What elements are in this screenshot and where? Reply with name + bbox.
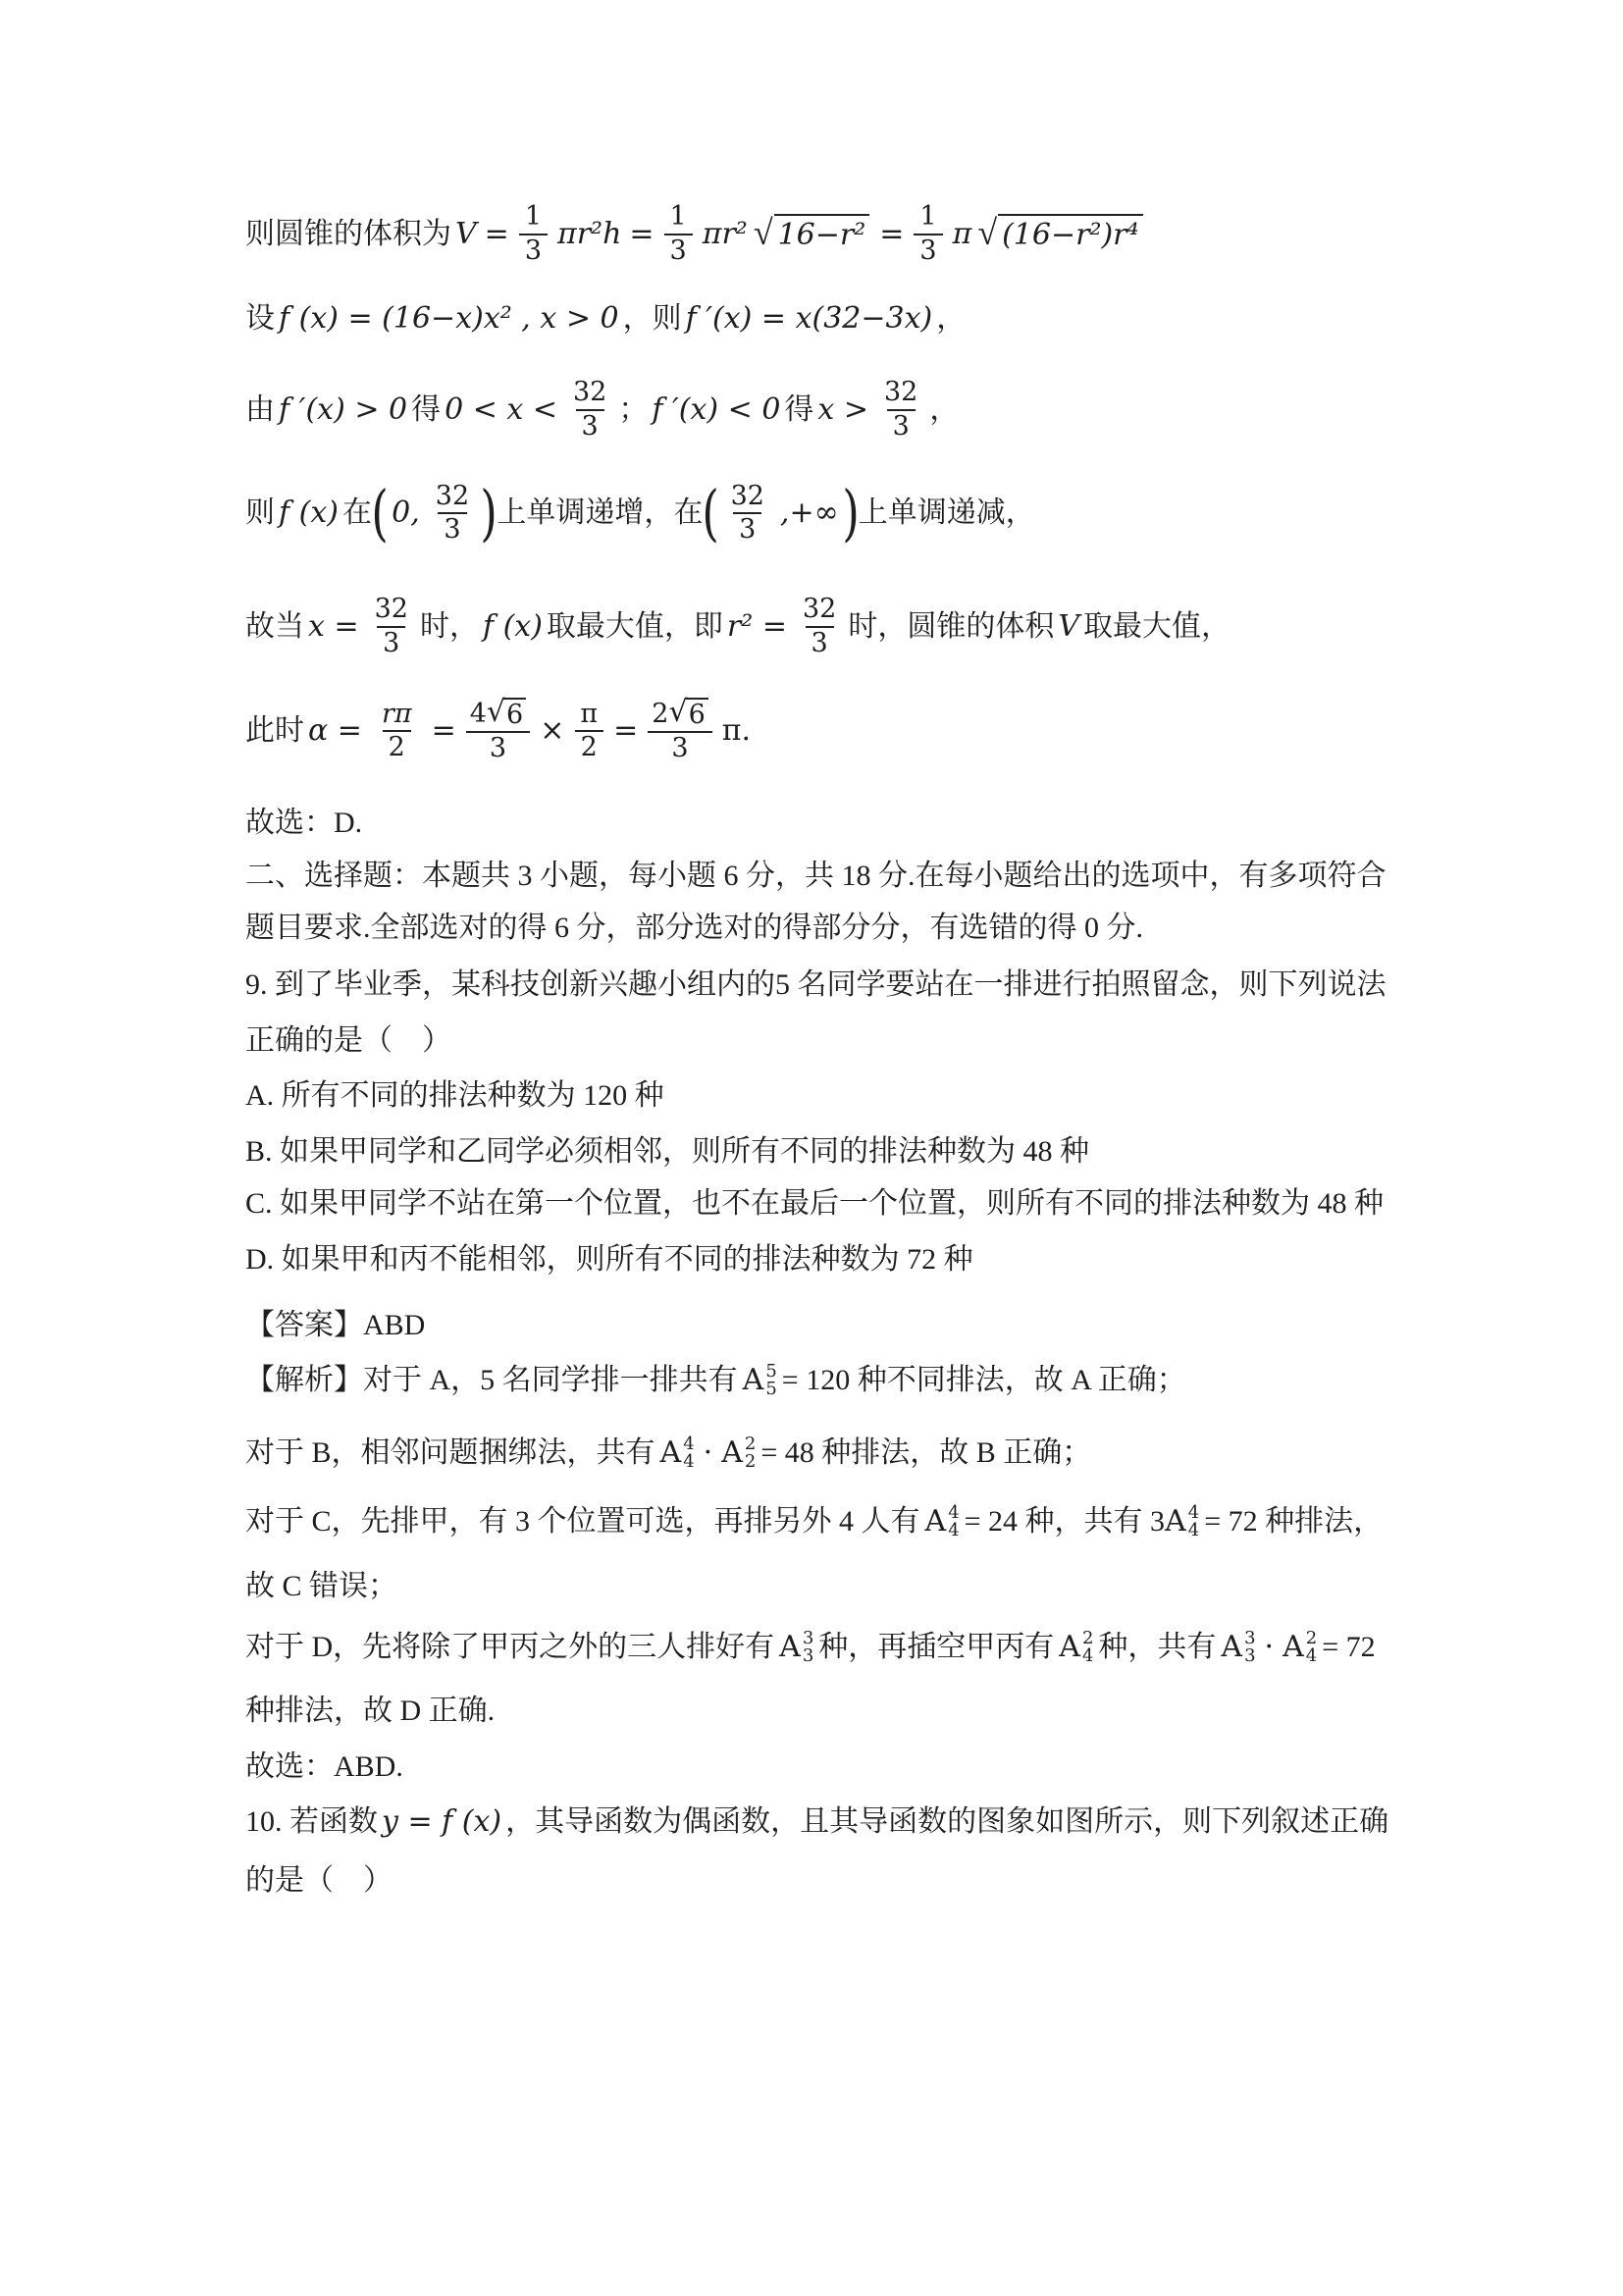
text: 种排法，故 D 正确. bbox=[245, 1693, 495, 1730]
fraction: 323 bbox=[567, 377, 612, 443]
math-expr: x = bbox=[308, 608, 359, 646]
math-var: V bbox=[1058, 608, 1079, 646]
solution-line-volume-formula: 则圆锥的体积为V=13πr²h=13πr²√16−r²=13π√(16−r²)r… bbox=[245, 192, 1149, 276]
fraction: 323 bbox=[878, 377, 923, 443]
text: = 120 种不同排法，故 A 正确； bbox=[782, 1362, 1186, 1399]
text: 对于 C，先排甲，有 3 个位置可选，再排另外 4 人有 bbox=[245, 1503, 920, 1540]
text: 得 bbox=[784, 391, 813, 429]
equals: = bbox=[629, 216, 654, 253]
text: 正确的是（ ） bbox=[245, 1022, 451, 1060]
fraction-with-radical: 4√63 bbox=[466, 698, 531, 765]
question-9-stem-2: 正确的是（ ） bbox=[245, 1020, 451, 1062]
dot-operator: · bbox=[704, 1435, 713, 1472]
right-paren: ) bbox=[842, 486, 859, 541]
sqrt-expression: √(16−r²)r⁴ bbox=[977, 214, 1146, 254]
text: 上单调递减， bbox=[859, 495, 1035, 532]
text: 10. 若函数 bbox=[245, 1803, 378, 1841]
text: = 72 bbox=[1322, 1629, 1375, 1666]
text: C. 如果甲同学不站在第一个位置，也不在最后一个位置，则所有不同的排法种数为 4… bbox=[245, 1185, 1384, 1223]
math-expr: α = bbox=[308, 712, 362, 750]
text: 此时 bbox=[245, 712, 304, 750]
times-sign: × bbox=[540, 712, 564, 750]
answer-choice-line-q9: 故选：ABD. bbox=[245, 1747, 403, 1788]
fraction: 323 bbox=[430, 481, 475, 547]
option-a: A. 所有不同的排法种数为 120 种 bbox=[245, 1075, 664, 1117]
math-expr: x > bbox=[817, 391, 868, 429]
text: 上单调递增，在 bbox=[497, 495, 703, 532]
text: 在 bbox=[342, 495, 372, 532]
option-c: C. 如果甲同学不站在第一个位置，也不在最后一个位置，则所有不同的排法种数为 4… bbox=[245, 1183, 1384, 1225]
right-paren: ) bbox=[481, 486, 497, 541]
question-9-stem: 9. 到了毕业季，某科技创新兴趣小组内的5 名同学要站在一排进行拍照留念，则下列… bbox=[245, 965, 1387, 1006]
text: 取最大值， bbox=[1083, 608, 1230, 646]
analysis-line-b: 对于 B，相邻问题捆绑法，共有A44·A22= 48 种排法，故 B 正确； bbox=[245, 1425, 1091, 1482]
analysis-line-c: 对于 C，先排甲，有 3 个位置可选，再排另外 4 人有A44= 24 种，共有… bbox=[245, 1493, 1383, 1550]
fraction: 323 bbox=[797, 594, 842, 659]
permutation-symbol: A24 bbox=[1283, 1629, 1317, 1666]
text: 种，再插空甲丙有 bbox=[818, 1629, 1054, 1666]
equals: = bbox=[432, 712, 456, 750]
solution-line-derivative-setup: 设f (x) = (16−x)x² , x > 0，则f ′(x) = x(32… bbox=[245, 294, 966, 343]
text: = 24 种，共有 3 bbox=[965, 1503, 1165, 1540]
fraction: 13 bbox=[914, 201, 942, 267]
text: = 72 种排法， bbox=[1204, 1503, 1383, 1540]
solution-line-monotonic-intervals: 则f (x)在(0,323)上单调递增，在(323,+∞)上单调递减， bbox=[245, 469, 1035, 557]
text: 的是（ ） bbox=[245, 1862, 393, 1900]
permutation-symbol: A33 bbox=[779, 1629, 813, 1666]
sqrt-expression: √16−r² bbox=[754, 214, 873, 254]
option-d: D. 如果甲和丙不能相邻，则所有不同的排法种数为 72 种 bbox=[245, 1239, 973, 1280]
permutation-symbol: A55 bbox=[743, 1362, 777, 1399]
math-expr: πr²h bbox=[557, 216, 621, 253]
math-expr: π. bbox=[722, 712, 751, 750]
analysis-line-a: 【解析】对于 A，5 名同学排一排共有A55= 120 种不同排法，故 A 正确… bbox=[245, 1352, 1186, 1409]
fraction-with-radical: 2√63 bbox=[648, 698, 712, 765]
dot-operator: · bbox=[1265, 1629, 1275, 1666]
text: 故 C 错误； bbox=[245, 1568, 397, 1605]
text: 时，圆锥的体积 bbox=[848, 608, 1054, 646]
text: = 48 种排法，故 B 正确； bbox=[760, 1435, 1091, 1472]
analysis-line-d-2: 种排法，故 D 正确. bbox=[245, 1691, 495, 1732]
math-expr: f ′(x) = x(32−3x) bbox=[686, 300, 933, 338]
text: 对于 D，先将除了甲丙之外的三人排好有 bbox=[245, 1629, 774, 1666]
math-expr: f (x) bbox=[483, 608, 543, 646]
permutation-symbol: A44 bbox=[925, 1503, 960, 1540]
equals: = bbox=[879, 216, 904, 253]
math-var: V bbox=[455, 216, 477, 253]
answer-choice-line-q8: 故选：D. bbox=[245, 803, 362, 844]
option-b: B. 如果甲同学和乙同学必须相邻，则所有不同的排法种数为 48 种 bbox=[245, 1131, 1089, 1173]
section-header-multiple-choice: 二、选择题：本题共 3 小题，每小题 6 分，共 18 分.在每小题给出的选项中… bbox=[245, 856, 1387, 897]
math-expr: ,+∞ bbox=[780, 495, 839, 532]
permutation-symbol: A22 bbox=[721, 1435, 756, 1472]
text: 二、选择题：本题共 3 小题，每小题 6 分，共 18 分.在每小题给出的选项中… bbox=[245, 858, 1387, 895]
fraction: 323 bbox=[725, 481, 770, 547]
text: 种，共有 bbox=[1098, 1629, 1216, 1666]
math-expr: r² = bbox=[727, 608, 787, 646]
question-10-stem-2: 的是（ ） bbox=[245, 1860, 393, 1902]
fraction: 13 bbox=[664, 201, 693, 267]
text: 题目要求.全部选对的得 6 分，部分选对的得部分分，有选错的得 0 分. bbox=[245, 910, 1143, 947]
text: 由 bbox=[245, 391, 275, 429]
sqrt-expression: √6 bbox=[668, 698, 707, 731]
permutation-symbol: A24 bbox=[1059, 1629, 1093, 1666]
text: 故当 bbox=[245, 608, 304, 646]
text: 对于 B，相邻问题捆绑法，共有 bbox=[245, 1435, 655, 1472]
text: D. 如果甲和丙不能相邻，则所有不同的排法种数为 72 种 bbox=[245, 1241, 973, 1278]
solution-line-alpha: 此时α =rπ2=4√63×π2=2√63π. bbox=[245, 687, 755, 775]
text: ； bbox=[618, 391, 648, 429]
text: 故选：D. bbox=[245, 805, 362, 842]
math-expr: f (x) bbox=[279, 495, 339, 532]
analysis-line-d: 对于 D，先将除了甲丙之外的三人排好有A33种，再插空甲丙有A24种，共有A33… bbox=[245, 1619, 1376, 1676]
fraction: rπ2 bbox=[372, 699, 422, 764]
solution-line-monotonic-condition: 由f ′(x) > 0得0 < x <323；f ′(x) < 0得x >323… bbox=[245, 368, 959, 451]
radical-sign-icon: √ bbox=[754, 215, 773, 250]
equals: = bbox=[613, 712, 638, 750]
math-expr: f (x) = (16−x)x² , x > 0 bbox=[279, 300, 619, 338]
text: ， bbox=[929, 391, 959, 429]
text: ，则 bbox=[623, 300, 682, 338]
fraction: 323 bbox=[369, 594, 414, 659]
solution-line-maximum: 故当x =323时，f (x)取最大值，即r² =323时，圆锥的体积V取最大值… bbox=[245, 585, 1230, 668]
text: 得 bbox=[411, 391, 441, 429]
text: A. 所有不同的排法种数为 120 种 bbox=[245, 1077, 664, 1115]
question-10-stem: 10. 若函数y = f (x)，其导函数为偶函数，且其导函数的图象如图所示，则… bbox=[245, 1799, 1388, 1846]
text: B. 如果甲同学和乙同学必须相邻，则所有不同的排法种数为 48 种 bbox=[245, 1133, 1089, 1171]
analysis-line-c-2: 故 C 错误； bbox=[245, 1566, 397, 1607]
text: 设 bbox=[245, 300, 275, 338]
answer-line-q9: 【答案】ABD bbox=[245, 1305, 425, 1346]
left-paren: ( bbox=[371, 486, 388, 541]
math-expr: πr² bbox=[703, 216, 748, 253]
equals: = bbox=[485, 216, 509, 253]
math-expr: π bbox=[953, 216, 972, 253]
radical-sign-icon: √ bbox=[977, 215, 997, 250]
fraction: π2 bbox=[574, 699, 603, 764]
section-header-multiple-choice-2: 题目要求.全部选对的得 6 分，部分选对的得部分分，有选错的得 0 分. bbox=[245, 908, 1143, 949]
text: ，其导函数为偶函数，且其导函数的图象如图所示，则下列叙述正确 bbox=[505, 1803, 1388, 1841]
text: 9. 到了毕业季，某科技创新兴趣小组内的5 名同学要站在一排进行拍照留念，则下列… bbox=[245, 966, 1387, 1004]
left-paren: ( bbox=[703, 486, 719, 541]
text: 【答案】ABD bbox=[245, 1307, 425, 1344]
math-expr: 0 < x < bbox=[445, 391, 557, 429]
math-expr: y = f (x) bbox=[382, 1803, 501, 1841]
permutation-symbol: A33 bbox=[1221, 1629, 1255, 1666]
math-expr: 0, bbox=[392, 495, 420, 532]
math-expr: f ′(x) > 0 bbox=[279, 391, 407, 429]
fraction: 13 bbox=[519, 201, 548, 267]
text: 【解析】对于 A，5 名同学排一排共有 bbox=[245, 1362, 738, 1399]
math-expr: f ′(x) < 0 bbox=[652, 391, 780, 429]
text: ， bbox=[936, 300, 966, 338]
text: 则 bbox=[245, 495, 275, 532]
sqrt-expression: √6 bbox=[487, 698, 526, 731]
text: 则圆锥的体积为 bbox=[245, 216, 451, 253]
text: 时， bbox=[420, 608, 479, 646]
permutation-symbol: A44 bbox=[1165, 1503, 1199, 1540]
permutation-symbol: A44 bbox=[660, 1435, 695, 1472]
text: 故选：ABD. bbox=[245, 1748, 403, 1786]
text: 取最大值，即 bbox=[547, 608, 723, 646]
